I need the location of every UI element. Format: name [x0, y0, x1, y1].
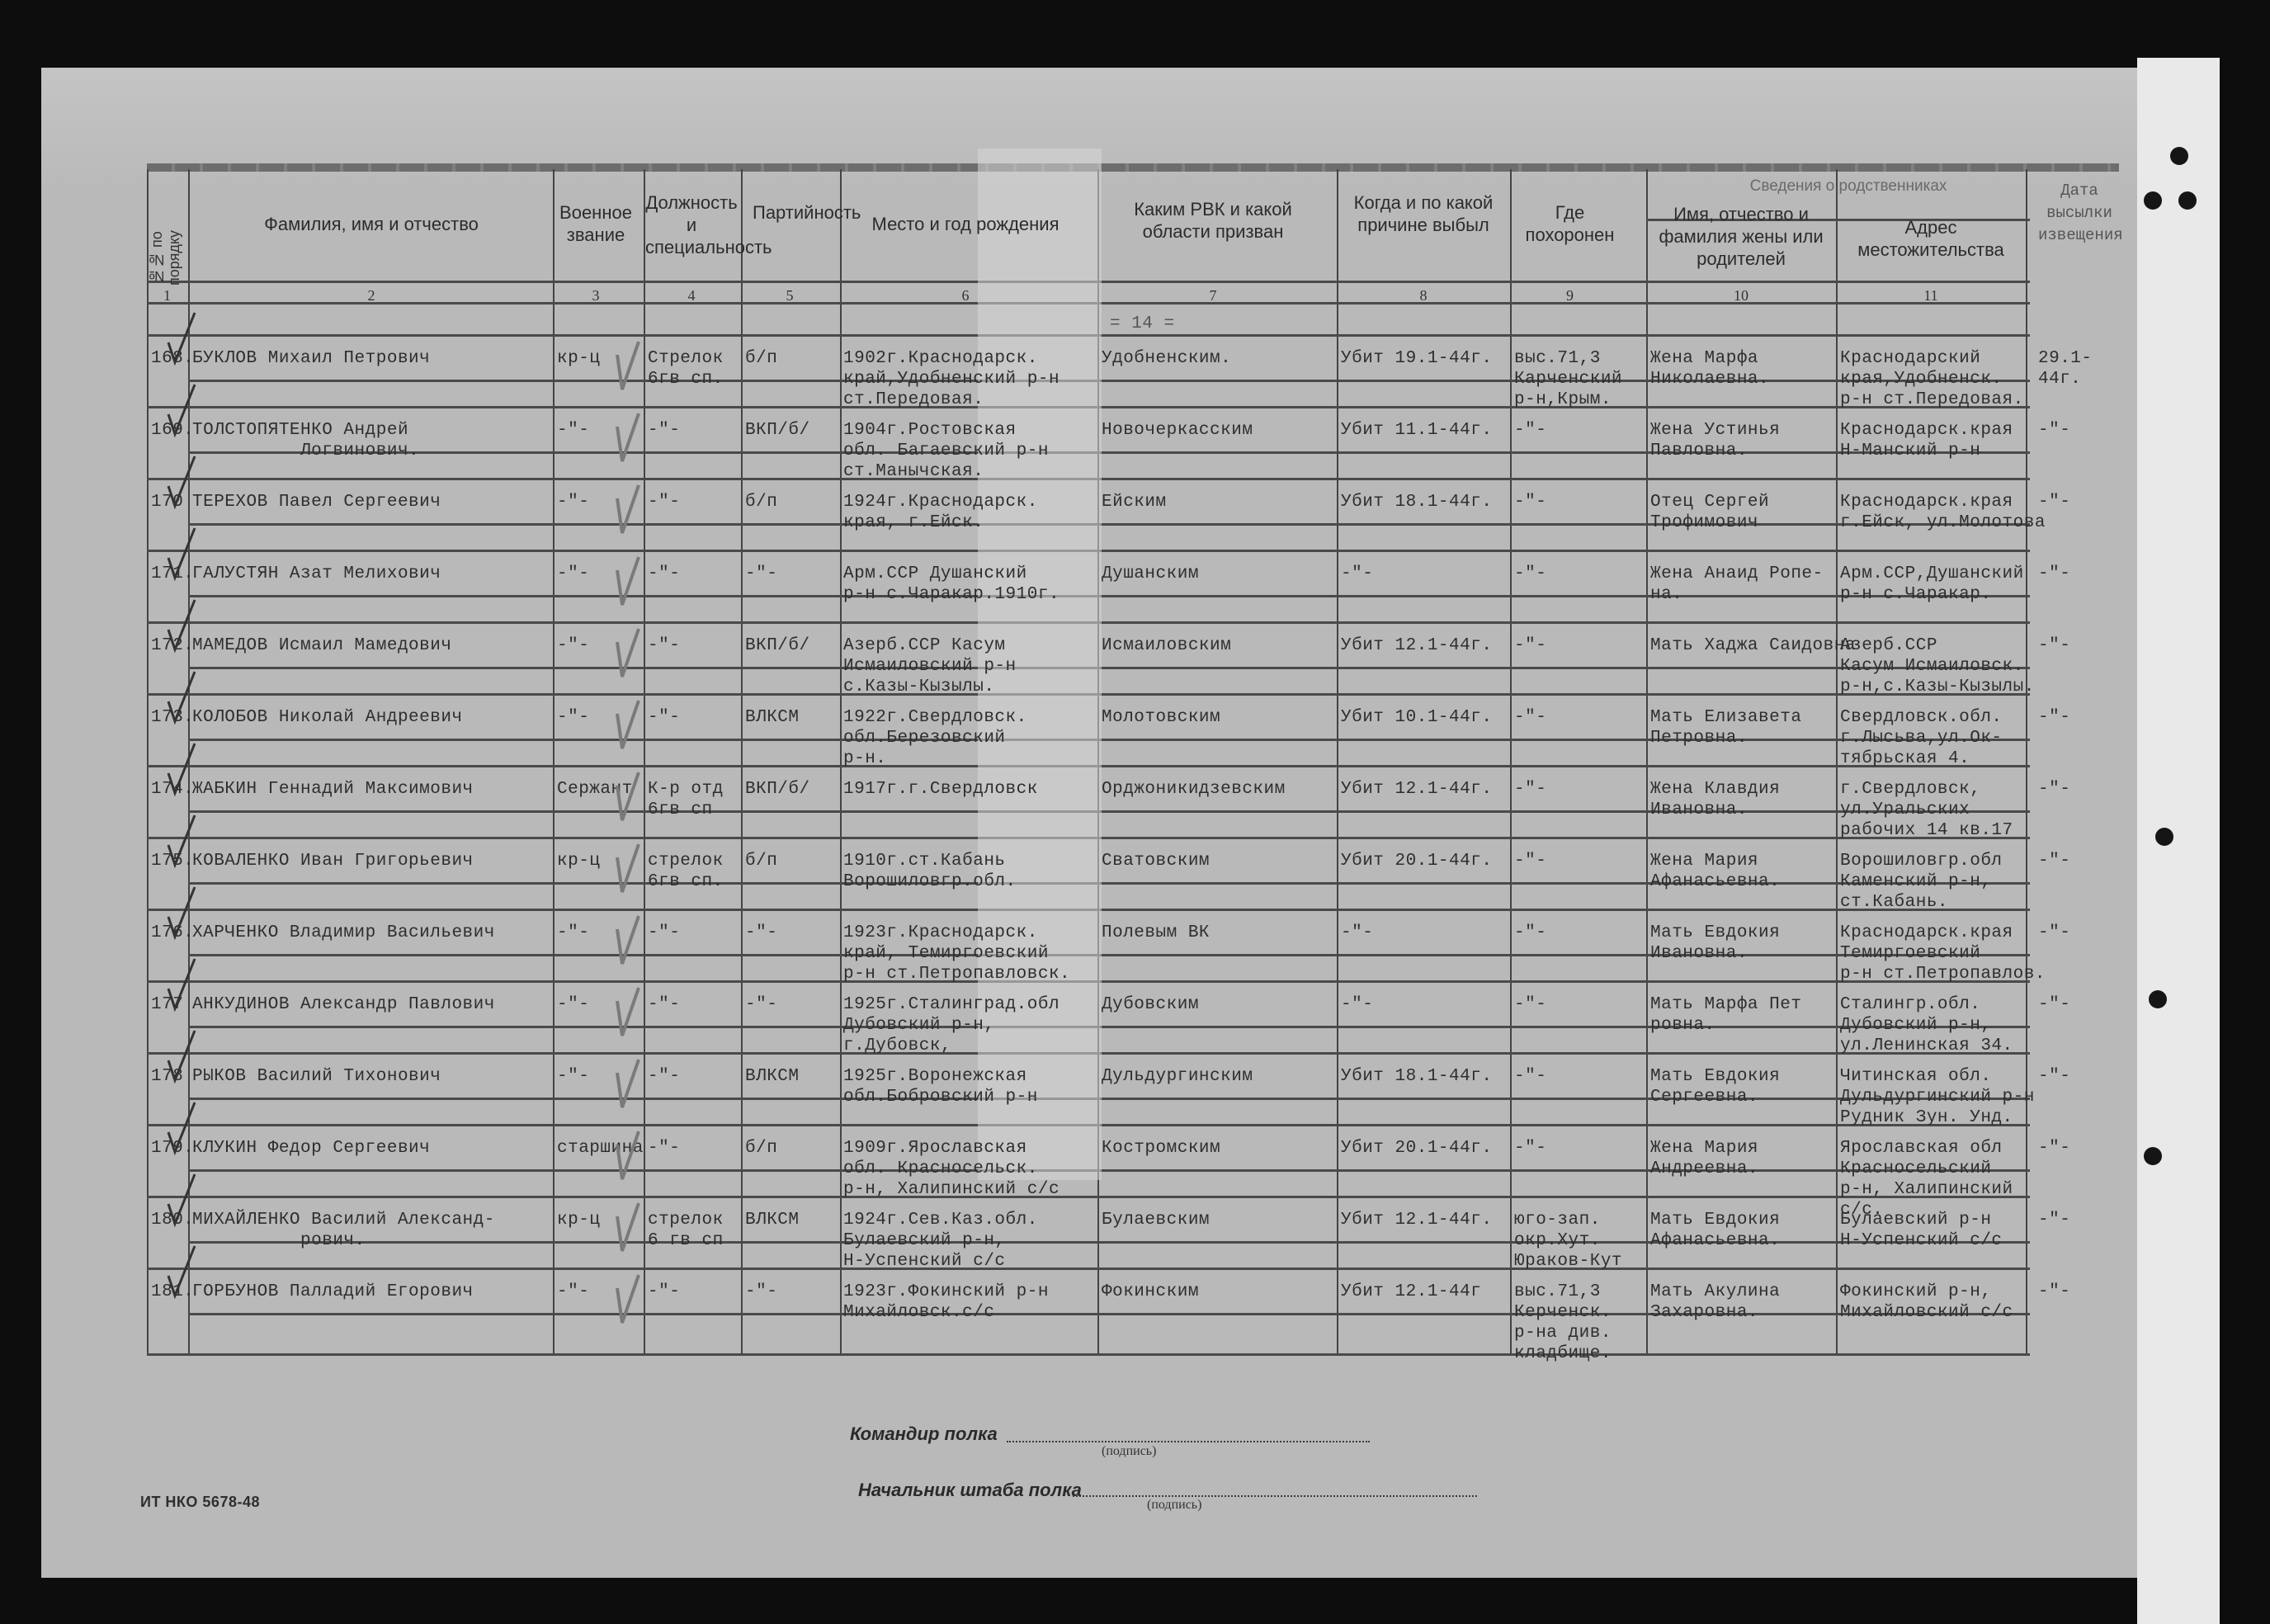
column-header-8: Когда и по какой причине выбыл [1341, 191, 1506, 236]
pencil-checkmark-icon [165, 740, 198, 798]
cell-notice: -"- [2038, 1210, 2070, 1230]
pencil-checkmark-icon [165, 884, 198, 942]
row-divider [147, 1268, 2030, 1270]
cell-post: стрелок 6 гв сп [648, 1210, 724, 1251]
pencil-checkmark-icon [611, 1056, 644, 1114]
cell-post: -"- [648, 994, 680, 1015]
cell-name: КОЛОБОВ Николай Андреевич [192, 707, 463, 728]
cell-post: -"- [648, 923, 680, 943]
column-header-3: Военное звание [555, 201, 637, 246]
pencil-checkmark-icon [611, 626, 644, 683]
row-divider [188, 667, 2030, 669]
cell-notice: -"- [2038, 1066, 2070, 1087]
column-divider [644, 169, 645, 1353]
cell-address: Ворошиловгр.обл Каменский р-н, ст.Кабань… [1840, 851, 2003, 913]
column-divider [1337, 169, 1338, 1353]
cell-birth: Азерб.ССР Касум Исмаиловский р-н с.Казы-… [843, 635, 1017, 697]
cell-birth: 1910г.ст.Кабань Ворошиловгр.обл. [843, 851, 1017, 892]
cell-rank: -"- [557, 923, 589, 943]
pencil-checkmark-icon [611, 984, 644, 1042]
cell-reason: Убит 20.1-44г. [1341, 1138, 1492, 1159]
pencil-checkmark-icon [165, 1171, 198, 1229]
column-divider [2026, 169, 2027, 1353]
pencil-checkmark-icon [611, 1128, 644, 1186]
cell-buried: -"- [1514, 994, 1546, 1015]
pencil-checkmark-icon [611, 338, 644, 396]
cell-party: б/п [745, 492, 777, 512]
pencil-checkmark-icon [165, 525, 198, 583]
relatives-group-header: Сведения о родственниках [1642, 175, 2055, 197]
cell-rvk: Ейским [1102, 492, 1167, 512]
cell-party: -"- [745, 564, 777, 584]
column-header-7: Каким РВК и какой области призван [1106, 198, 1320, 243]
cell-rank: кр-ц [557, 851, 600, 871]
pencil-checkmark-icon [611, 554, 644, 611]
cell-rvk: Фокинским [1102, 1282, 1199, 1302]
cell-post: К-р отд 6гв сп [648, 779, 724, 820]
cell-birth: 1925г.Сталинград.обл Дубовский р-н, г.Ду… [843, 994, 1059, 1056]
column-header-11: Адрес местожительства [1848, 216, 2013, 261]
pencil-checkmark-icon [611, 410, 644, 468]
cell-birth: 1909г.Ярославская обл. Красносельск. р-н… [843, 1138, 1059, 1200]
cell-notice: -"- [2038, 923, 2070, 943]
cell-rvk: Дульдургинским [1102, 1066, 1253, 1087]
cell-relative: Мать Евдокия Афанасьевна. [1650, 1210, 1780, 1251]
column-number-8: 8 [1341, 287, 1506, 304]
cell-post: -"- [648, 564, 680, 584]
cell-birth: Арм.ССР Душанский р-н с.Чаракар.1910г. [843, 564, 1059, 605]
cell-name: АНКУДИНОВ Александр Павлович [192, 994, 495, 1015]
cell-relative: Мать Хаджа Саидовна [1650, 635, 1856, 656]
cell-name: ТОЛСТОПЯТЕНКО Андрей Логвинович. [192, 420, 419, 461]
cell-notice: -"- [2038, 420, 2070, 441]
cell-party: ВЛКСМ [745, 1066, 800, 1087]
cell-buried: юго-зап. окр.Хут. Юраков-Кут [1514, 1210, 1622, 1272]
cell-relative: Жена Мария Афанасьевна. [1650, 851, 1780, 892]
cell-name: РЫКОВ Василий Тихонович [192, 1066, 441, 1087]
cell-name: ГАЛУСТЯН Азат Мелихович [192, 564, 441, 584]
cell-address: Краснодарск.края Темиргоевский р-н ст.Пе… [1840, 923, 2046, 984]
cell-rvk: Костромским [1102, 1138, 1220, 1159]
cell-rank: -"- [557, 994, 589, 1015]
cell-relative: Мать Акулина Захаровна. [1650, 1282, 1780, 1323]
column-header-6: Место и год рождения [842, 213, 1089, 235]
cell-buried: -"- [1514, 1138, 1546, 1159]
cell-buried: -"- [1514, 851, 1546, 871]
commander-signature-hint: (подпись) [1102, 1444, 1156, 1459]
cell-address: г.Свердловск, ул.Уральских рабочих 14 кв… [1840, 779, 2013, 841]
cell-rank: кр-ц [557, 1210, 600, 1230]
cell-rank: -"- [557, 1066, 589, 1087]
cell-buried: выс.71,3 Керченск. р-на див. кладбище. [1514, 1282, 1612, 1364]
binder-hole [2155, 828, 2173, 846]
column-header-5: Партийность [753, 201, 827, 224]
cell-party: -"- [745, 994, 777, 1015]
cell-address: Краснодарск.края г.Ейск, ул.Молотова [1840, 492, 2046, 533]
cell-post: -"- [648, 1138, 680, 1159]
cell-buried: -"- [1514, 635, 1546, 656]
column-header-4: Должность и специальность [645, 191, 738, 258]
cell-buried: -"- [1514, 564, 1546, 584]
cell-birth: 1902г.Краснодарск. край,Удобненский р-н … [843, 348, 1059, 410]
cell-party: ВЛКСМ [745, 1210, 800, 1230]
cell-rank: -"- [557, 707, 589, 728]
pencil-checkmark-icon [165, 1243, 198, 1301]
cell-notice: -"- [2038, 851, 2070, 871]
cell-reason: Убит 12.1-44г [1341, 1282, 1481, 1302]
cell-relative: Отец Сергей Трофимович [1650, 492, 1769, 533]
pencil-checkmark-icon [611, 482, 644, 540]
cell-address: Фокинский р-н, Михайловский с/с [1840, 1282, 2013, 1323]
cell-birth: 1923г.Краснодарск. край, Темиргоевский р… [843, 923, 1070, 984]
cell-name: БУКЛОВ Михаил Петрович [192, 348, 430, 369]
cell-rvk: Полевым ВК [1102, 923, 1210, 943]
cell-rank: -"- [557, 635, 589, 656]
column-number-7: 7 [1106, 287, 1320, 304]
cell-name: ТЕРЕХОВ Павел Сергеевич [192, 492, 441, 512]
cell-name: МИХАЙЛЕНКО Василий Александ- рович. [192, 1210, 495, 1251]
pencil-checkmark-icon [165, 1099, 198, 1157]
pencil-checkmark-icon [165, 453, 198, 511]
pencil-checkmark-icon [611, 697, 644, 755]
cell-post: -"- [648, 1282, 680, 1302]
pencil-checkmark-icon [611, 913, 644, 970]
cell-party: б/п [745, 1138, 777, 1159]
cell-birth: 1925г.Воронежская обл.Бобровский р-н [843, 1066, 1038, 1107]
cell-name: ЖАБКИН Геннадий Максимович [192, 779, 474, 800]
cell-buried: -"- [1514, 779, 1546, 800]
pencil-checkmark-icon [165, 956, 198, 1013]
chief-of-staff-signature-line [1073, 1494, 1477, 1497]
cell-relative: Жена Устинья Павловна. [1650, 420, 1780, 461]
cell-reason: Убит 18.1-44г. [1341, 1066, 1492, 1087]
cell-party: ВКП/б/ [745, 779, 810, 800]
cell-relative: Мать Евдокия Сергеевна. [1650, 1066, 1780, 1107]
cell-reason: -"- [1341, 564, 1373, 584]
cell-reason: -"- [1341, 923, 1373, 943]
cell-buried: -"- [1514, 707, 1546, 728]
pencil-checkmark-icon [611, 769, 644, 827]
column-header-9: Где похоронен [1518, 201, 1621, 246]
cell-party: б/п [745, 348, 777, 369]
cell-post: -"- [648, 635, 680, 656]
cell-name: КОВАЛЕНКО Иван Григорьевич [192, 851, 474, 871]
cell-rvk: Новочеркасским [1102, 420, 1253, 441]
cell-party: б/п [745, 851, 777, 871]
cell-rank: -"- [557, 1282, 589, 1302]
cell-birth: 1904г.Ростовская обл. Багаевский р-н ст.… [843, 420, 1049, 482]
cell-rvk: Сватовским [1102, 851, 1210, 871]
pencil-checkmark-icon [611, 1200, 644, 1258]
cell-post: стрелок 6гв сп. [648, 851, 724, 892]
cell-party: ВЛКСМ [745, 707, 800, 728]
cell-party: -"- [745, 923, 777, 943]
cell-relative: Жена Марфа Николаевна. [1650, 348, 1769, 389]
commander-label: Командир полка [850, 1423, 998, 1445]
cell-rvk: Орджоникидзевским [1102, 779, 1286, 800]
cell-relative: Жена Анаид Ропе- на. [1650, 564, 1824, 605]
binder-hole [2178, 191, 2197, 210]
cell-reason: Убит 11.1-44г. [1341, 420, 1492, 441]
cell-relative: Жена Мария Андреевна. [1650, 1138, 1758, 1179]
cell-buried: -"- [1514, 492, 1546, 512]
cell-rank: -"- [557, 420, 589, 441]
cell-name: ХАРЧЕНКО Владимир Васильевич [192, 923, 495, 943]
cell-rvk: Дубовским [1102, 994, 1199, 1015]
cell-reason: Убит 10.1-44г. [1341, 707, 1492, 728]
cell-reason: Убит 19.1-44г. [1341, 348, 1492, 369]
cell-name: ГОРБУНОВ Палладий Егорович [192, 1282, 474, 1302]
cell-reason: Убит 12.1-44г. [1341, 635, 1492, 656]
cell-name: МАМЕДОВ Исмаил Мамедович [192, 635, 451, 656]
cell-rvk: Молотовским [1102, 707, 1220, 728]
cell-address: Азерб.ССР Касум Исмаиловск. р-н,с.Казы-К… [1840, 635, 2035, 697]
pencil-checkmark-icon [165, 1027, 198, 1085]
cell-address: Арм.ССР,Душанский р-н с.Чаракар. [1840, 564, 2024, 605]
cell-post: -"- [648, 420, 680, 441]
cell-post: -"- [648, 492, 680, 512]
cell-party: ВКП/б/ [745, 420, 810, 441]
column-divider [1510, 169, 1512, 1353]
cell-name: КЛУКИН Федор Сергеевич [192, 1138, 430, 1159]
cell-buried: -"- [1514, 420, 1546, 441]
cell-rank: кр-ц [557, 348, 600, 369]
pencil-checkmark-icon [165, 381, 198, 439]
page-mark: = 14 = [1110, 314, 1175, 334]
cell-relative: Мать Марфа Пет ровна. [1650, 994, 1801, 1036]
cell-notice: 29.1- 44г. [2038, 348, 2093, 389]
column-divider [553, 169, 555, 1353]
column-number-9: 9 [1518, 287, 1621, 304]
cell-reason: Убит 20.1-44г. [1341, 851, 1492, 871]
cell-relative: Мать Евдокия Ивановна. [1650, 923, 1780, 964]
cell-post: Стрелок 6гв сп. [648, 348, 724, 389]
cell-reason: Убит 18.1-44г. [1341, 492, 1492, 512]
column-header-10: Имя, отчество и фамилия жены или родител… [1659, 203, 1824, 270]
cell-address: Булаевский р-н Н-Успенский с/с [1840, 1210, 2003, 1251]
cell-birth: 1924г.Сев.Каз.обл. Булаевский р-н, Н-Усп… [843, 1210, 1038, 1272]
column-number-1: 1 [149, 287, 186, 304]
mounting-strip [2137, 58, 2220, 1624]
cell-buried: выс.71,3 Карченский р-н,Крым. [1514, 348, 1622, 410]
cell-birth: 1923г.Фокинский р-н Михайловск.с/с [843, 1282, 1049, 1323]
column-number-10: 10 [1659, 287, 1824, 304]
cell-notice: -"- [2038, 779, 2070, 800]
pencil-checkmark-icon [165, 812, 198, 870]
commander-signature-line [1007, 1439, 1370, 1442]
binder-hole [2144, 1147, 2162, 1165]
column-header-12: Дата высылки извещения [2038, 180, 2121, 247]
form-code: ИТ НКО 5678-48 [140, 1492, 260, 1513]
pencil-checkmark-icon [611, 1272, 644, 1329]
pencil-checkmark-icon [165, 309, 198, 367]
cell-buried: -"- [1514, 1066, 1546, 1087]
cell-rvk: Удобненским. [1102, 348, 1231, 369]
cell-notice: -"- [2038, 635, 2070, 656]
cell-post: -"- [648, 707, 680, 728]
chief-of-staff-label: Начальник штаба полка [858, 1480, 1082, 1501]
cell-rank: -"- [557, 492, 589, 512]
cell-address: Краснодарск.края Н-Манский р-н [1840, 420, 2013, 461]
cell-rvk: Булаевским [1102, 1210, 1210, 1230]
cell-birth: 1924г.Краснодарск. края, г.Ейск. [843, 492, 1038, 533]
row-divider [147, 1196, 2030, 1198]
cell-notice: -"- [2038, 1282, 2070, 1302]
cell-notice: -"- [2038, 564, 2070, 584]
cell-notice: -"- [2038, 1138, 2070, 1159]
table-bottom-rule [147, 1353, 2030, 1356]
column-number-4: 4 [645, 287, 738, 304]
pencil-checkmark-icon [611, 841, 644, 899]
column-divider [1836, 169, 1838, 1353]
cell-reason: -"- [1341, 994, 1373, 1015]
cell-address: Сталингр.обл. Дубовский р-н, ул.Ленинска… [1840, 994, 2013, 1056]
cell-reason: Убит 12.1-44г. [1341, 1210, 1492, 1230]
cell-rvk: Душанским [1102, 564, 1199, 584]
column-number-2: 2 [190, 287, 553, 304]
cell-relative: Жена Клавдия Ивановна. [1650, 779, 1780, 820]
binder-hole [2149, 990, 2167, 1008]
cell-address: Краснодарский края,Удобненск. р-н ст.Пер… [1840, 348, 2024, 410]
cell-rvk: Исмаиловским [1102, 635, 1231, 656]
binder-hole [2144, 191, 2162, 210]
cell-address: Читинская обл. Дульдургинский р-н Рудник… [1840, 1066, 2035, 1128]
column-number-3: 3 [555, 287, 637, 304]
cell-rank: -"- [557, 564, 589, 584]
pencil-checkmark-icon [165, 668, 198, 726]
cell-notice: -"- [2038, 994, 2070, 1015]
cell-party: ВКП/б/ [745, 635, 810, 656]
column-number-6: 6 [842, 287, 1089, 304]
column-number-11: 11 [1848, 287, 2013, 304]
cell-post: -"- [648, 1066, 680, 1087]
pencil-checkmark-icon [165, 597, 198, 654]
cell-birth: 1917г.г.Свердловск [843, 779, 1038, 800]
cell-birth: 1922г.Свердловск. обл.Березовский р-н. [843, 707, 1027, 769]
cell-relative: Мать Елизавета Петровна. [1650, 707, 1801, 748]
binder-hole [2170, 147, 2188, 165]
table-top-rule [147, 163, 2119, 172]
cell-address: Ярославская обл Красносельский р-н, Хали… [1840, 1138, 2013, 1220]
cell-address: Свердловск.обл. г.Лысьва,ул.Ок- тябрьска… [1840, 707, 2003, 769]
cell-notice: -"- [2038, 492, 2070, 512]
column-divider [1646, 169, 1648, 1353]
column-divider [147, 169, 149, 1353]
column-divider [840, 169, 842, 1353]
column-header-2: Фамилия, имя и отчество [190, 213, 553, 235]
column-number-5: 5 [753, 287, 827, 304]
column-divider [741, 169, 743, 1353]
cell-notice: -"- [2038, 707, 2070, 728]
cell-buried: -"- [1514, 923, 1546, 943]
cell-reason: Убит 12.1-44г. [1341, 779, 1492, 800]
chief-of-staff-signature-hint: (подпись) [1147, 1498, 1201, 1513]
cell-party: -"- [745, 1282, 777, 1302]
